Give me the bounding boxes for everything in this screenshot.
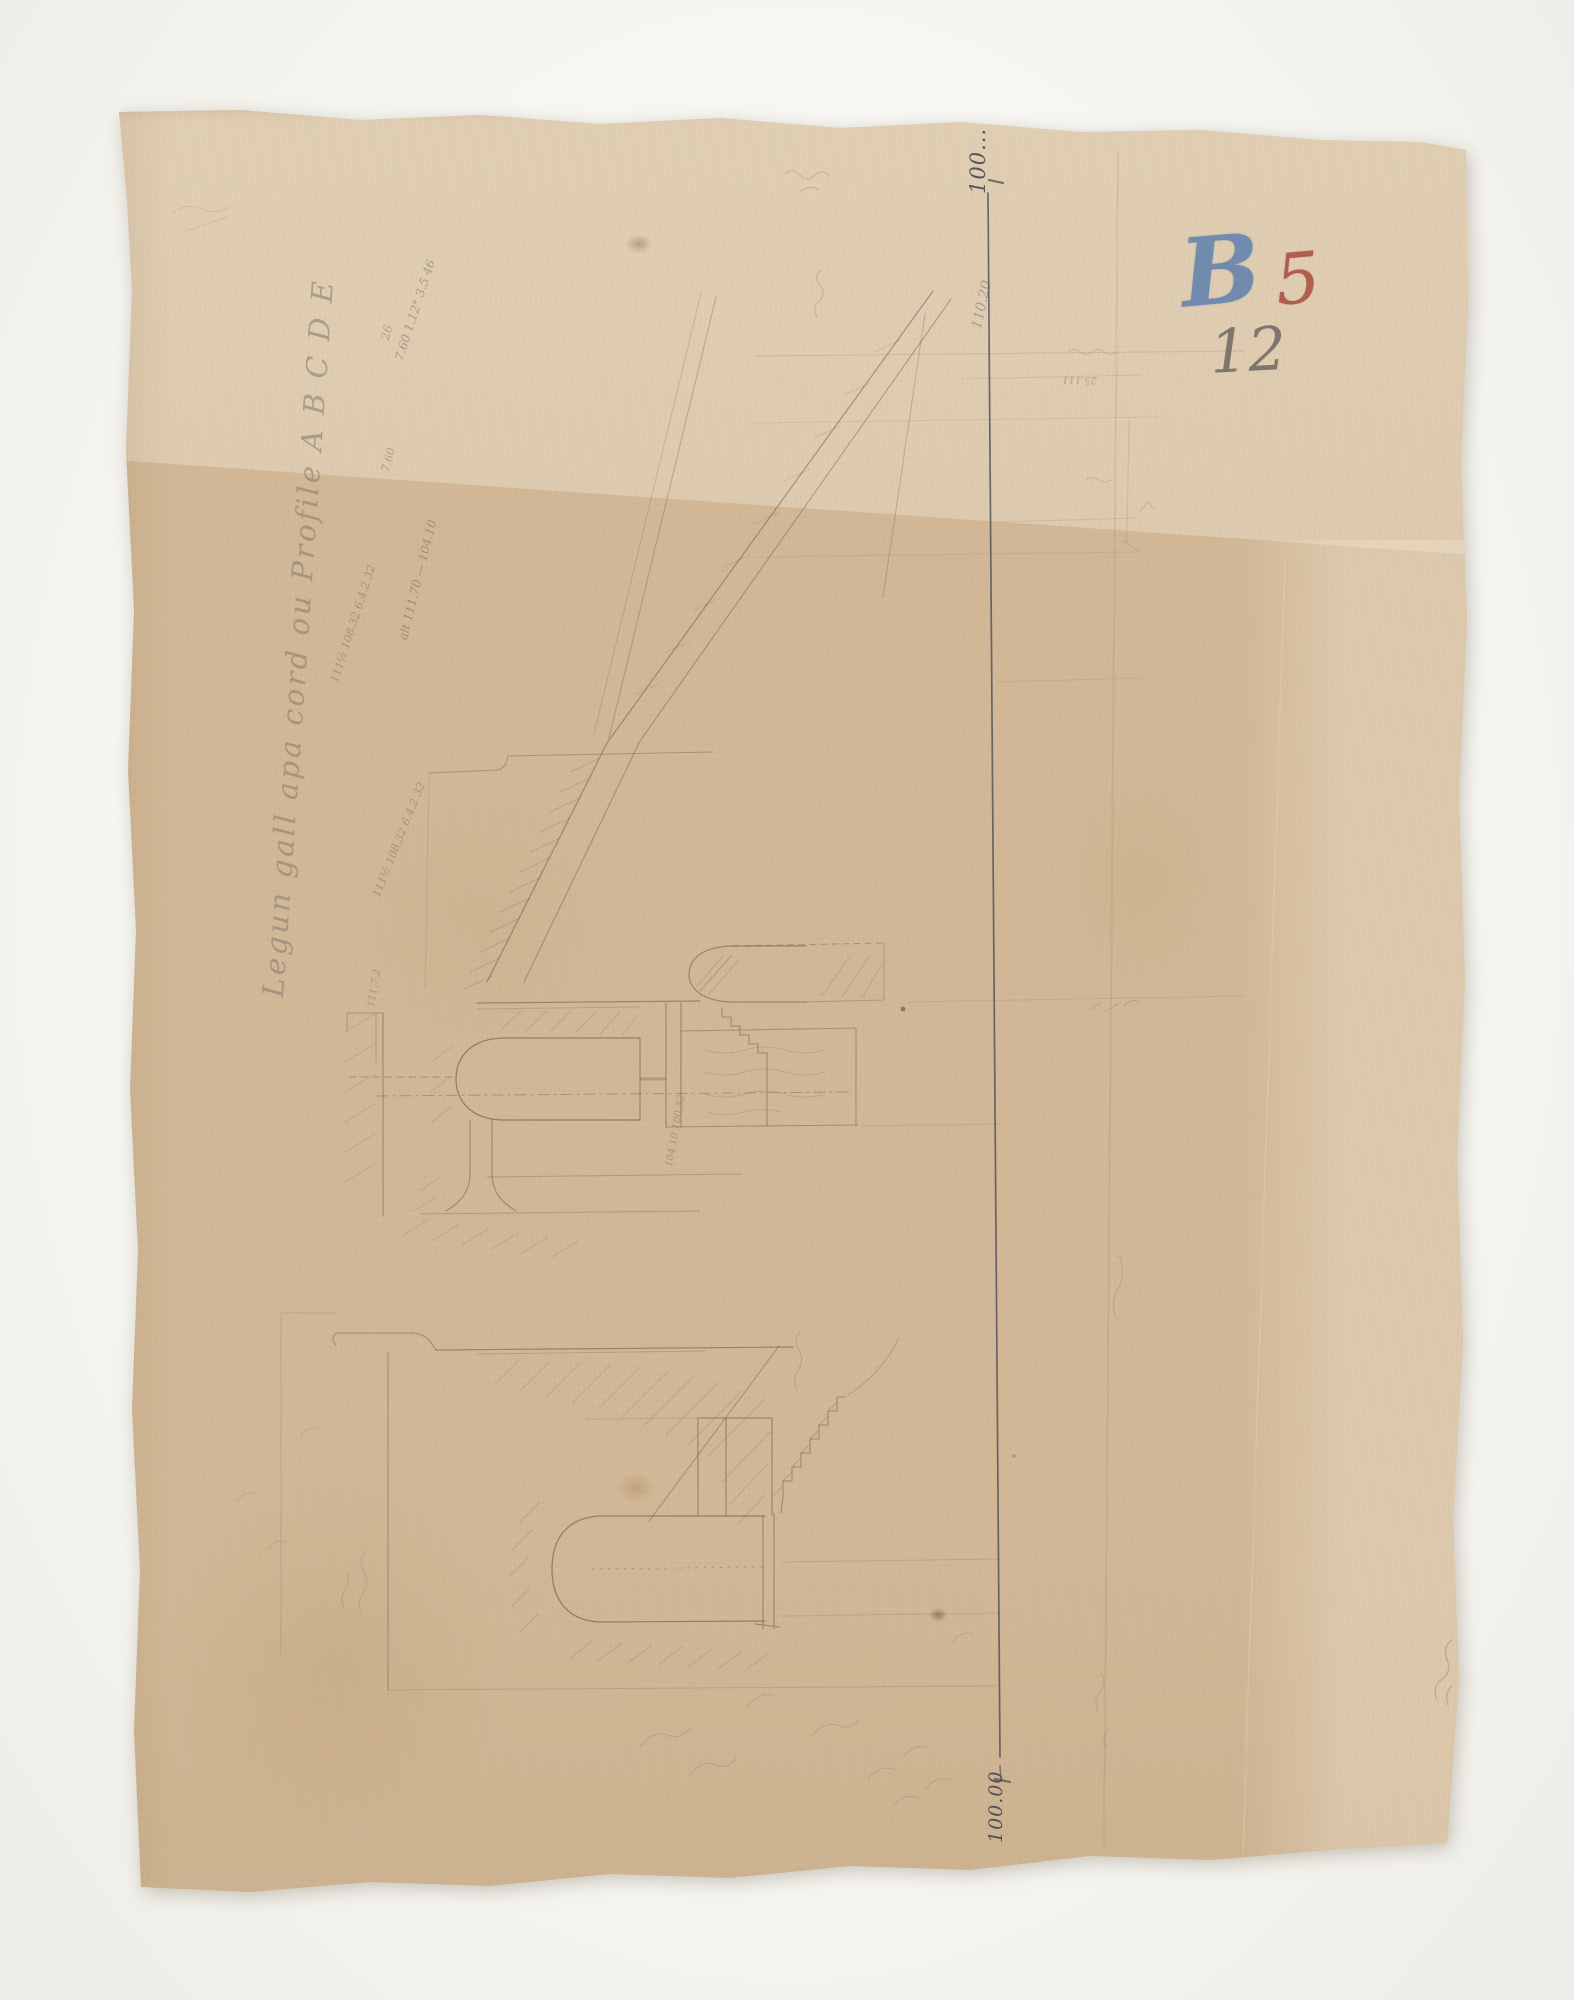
masonry-hatch-top bbox=[430, 1010, 638, 1122]
guide-vertical bbox=[1122, 420, 1140, 552]
archive-number-red: 5 bbox=[1272, 236, 1324, 322]
drawing-sheet: 100... 110.20 100.00 B 5 12 Legun gall a… bbox=[0, 0, 1574, 2000]
bottom-scribbles-right bbox=[868, 1633, 974, 1806]
handwriting-squiggles bbox=[172, 171, 1452, 1806]
lower-vault-outline bbox=[552, 1516, 765, 1622]
small-vault-outline bbox=[689, 946, 806, 1002]
rubble-fill-squiggle bbox=[705, 1047, 825, 1115]
crest-line bbox=[436, 1347, 793, 1350]
earth-slope-hatching bbox=[494, 1359, 770, 1524]
vault-outline bbox=[456, 1038, 640, 1120]
level-extension-lines bbox=[782, 1559, 1002, 1616]
crest-left-segment bbox=[333, 1333, 413, 1345]
vault-surround-hatching bbox=[510, 1502, 769, 1669]
guide-line bbox=[752, 417, 1158, 423]
left-slope-line-2 bbox=[594, 293, 701, 734]
vertical-datum-line bbox=[988, 193, 1000, 1757]
foundation-line bbox=[388, 1686, 996, 1690]
faint-left-marks bbox=[236, 1428, 318, 1549]
faint-vertical-guide bbox=[425, 773, 429, 988]
gallery-box bbox=[666, 1028, 858, 1127]
ground-level-line bbox=[908, 996, 1243, 1002]
signature-scribble bbox=[1435, 1640, 1452, 1705]
base-lines bbox=[420, 1174, 742, 1214]
ground-curve bbox=[848, 1338, 899, 1395]
vertical-scribble bbox=[815, 270, 824, 318]
ground-hatch-below bbox=[402, 1177, 578, 1257]
ground-diagonal bbox=[649, 1346, 779, 1521]
small-vault-hatching bbox=[697, 955, 882, 998]
casemate-top-line-2 bbox=[477, 1007, 640, 1009]
grid-guidelines bbox=[752, 152, 1285, 1852]
brace-scribble bbox=[1113, 1255, 1123, 1320]
archive-letter-blue: B bbox=[1176, 213, 1265, 330]
pier-flare-right bbox=[492, 1120, 516, 1211]
terreplein-line bbox=[508, 752, 713, 756]
lower-double-wall bbox=[755, 1514, 780, 1629]
datum-label-top: 100... bbox=[966, 128, 990, 194]
pencil-drawing bbox=[0, 0, 1574, 2000]
stairs-upper bbox=[722, 1008, 767, 1126]
stairs-label-scribble bbox=[795, 1332, 802, 1390]
datum-label-bottom: 100.00 bbox=[985, 1771, 1007, 1843]
bottom-scribbles-left bbox=[640, 1695, 859, 1775]
crest-step bbox=[413, 1333, 436, 1350]
pencil-note-25111: 25.111 bbox=[1062, 374, 1097, 386]
guide-line bbox=[757, 552, 1136, 557]
middle-casemate-section bbox=[345, 943, 884, 1257]
guide-line bbox=[756, 351, 1244, 356]
shaft-chamber bbox=[698, 1418, 772, 1515]
ink-speck bbox=[1012, 1454, 1015, 1457]
left-lintel bbox=[347, 1013, 383, 1031]
paper-crease-light bbox=[1243, 560, 1285, 1852]
scribble bbox=[785, 171, 829, 192]
measuring-line bbox=[988, 180, 1010, 1782]
archive-number-pencil: 12 bbox=[1208, 314, 1288, 388]
upper-profile-slopes bbox=[425, 291, 951, 989]
scanner-bed: 100... 110.20 100.00 B 5 12 Legun gall a… bbox=[0, 0, 1574, 2000]
tick-marks bbox=[1090, 1001, 1139, 1011]
glacis-slope-line bbox=[487, 291, 933, 982]
crest-line-2 bbox=[478, 1351, 705, 1354]
check-tick bbox=[1140, 502, 1154, 512]
scribble bbox=[1086, 478, 1111, 483]
specks bbox=[901, 1007, 1016, 1458]
stairs-shading bbox=[774, 1403, 836, 1495]
lower-centerline bbox=[592, 1567, 762, 1569]
guide-line bbox=[997, 678, 1141, 682]
masonry-hatch-left bbox=[345, 1014, 375, 1182]
margin-guide bbox=[281, 1313, 336, 1656]
sheet-shadow: 100... 110.20 100.00 B 5 12 Legun gall a… bbox=[0, 0, 1574, 2000]
top-end-dash bbox=[989, 180, 1003, 183]
top-left-marks bbox=[172, 206, 230, 231]
guide-line bbox=[997, 518, 1137, 522]
casemate-top-line bbox=[477, 1001, 700, 1003]
lower-left-scribble bbox=[342, 1551, 367, 1615]
guide-line bbox=[860, 1124, 1000, 1126]
ink-speck bbox=[901, 1007, 906, 1012]
banquette-step bbox=[429, 756, 508, 773]
stairs-lower bbox=[781, 1397, 846, 1513]
glacis-slope-line-2 bbox=[524, 299, 951, 982]
upper-slope-hatching bbox=[636, 340, 900, 694]
left-slope-line bbox=[609, 297, 716, 738]
slope-hatching bbox=[464, 758, 600, 989]
shaft-extension bbox=[586, 1418, 698, 1419]
lower-casemate-section bbox=[281, 1313, 1002, 1690]
pier-flare-left bbox=[446, 1120, 470, 1211]
